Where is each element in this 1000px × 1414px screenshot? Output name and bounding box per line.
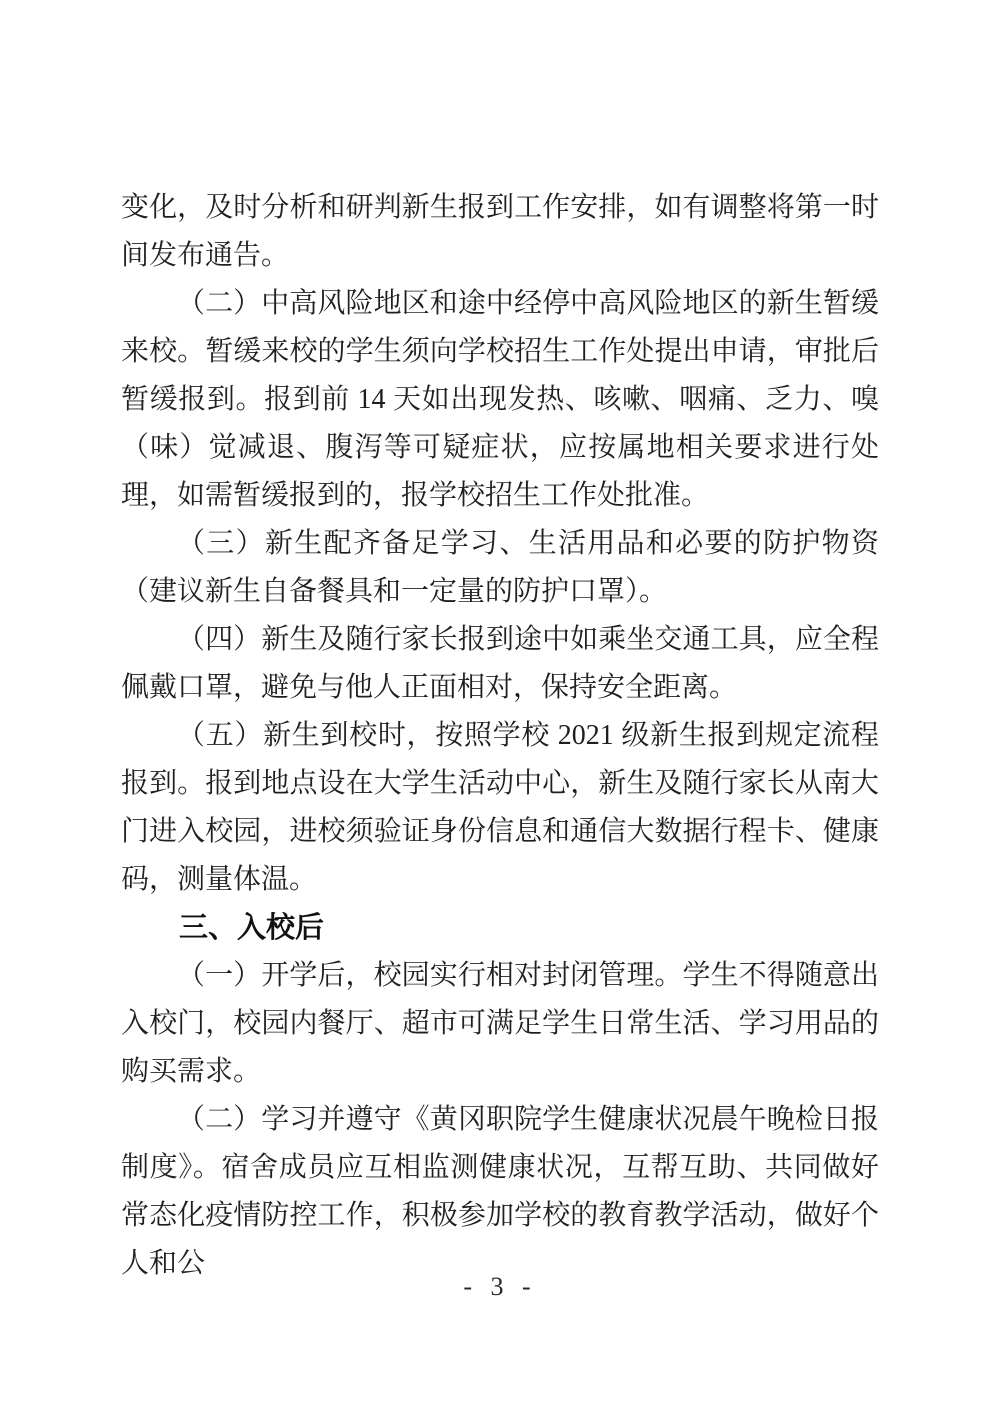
document-page: 变化，及时分析和研判新生报到工作安排，如有调整将第一时间发布通告。 （二）中高风… bbox=[0, 0, 1000, 1414]
paragraph-item-3: （三）新生配齐备足学习、生活用品和必要的防护物资（建议新生自备餐具和一定量的防护… bbox=[121, 520, 879, 616]
paragraph-after-entry-2: （二）学习并遵守《黄冈职院学生健康状况晨午晚检日报制度》。宿舍成员应互相监测健康… bbox=[121, 1096, 879, 1288]
paragraph-item-4: （四）新生及随行家长报到途中如乘坐交通工具，应全程佩戴口罩，避免与他人正面相对，… bbox=[121, 616, 879, 712]
paragraph-item-2: （二）中高风险地区和途中经停中高风险地区的新生暂缓来校。暂缓来校的学生须向学校招… bbox=[121, 280, 879, 520]
document-body: 变化，及时分析和研判新生报到工作安排，如有调整将第一时间发布通告。 （二）中高风… bbox=[121, 184, 879, 1288]
page-number: - 3 - bbox=[0, 1272, 1000, 1302]
paragraph-item-5: （五）新生到校时，按照学校 2021 级新生报到规定流程报到。报到地点设在大学生… bbox=[121, 712, 879, 904]
paragraph-continuation: 变化，及时分析和研判新生报到工作安排，如有调整将第一时间发布通告。 bbox=[121, 184, 879, 280]
paragraph-after-entry-1: （一）开学后，校园实行相对封闭管理。学生不得随意出入校门，校园内餐厅、超市可满足… bbox=[121, 952, 879, 1096]
section-heading-after-entry: 三、入校后 bbox=[121, 904, 879, 952]
